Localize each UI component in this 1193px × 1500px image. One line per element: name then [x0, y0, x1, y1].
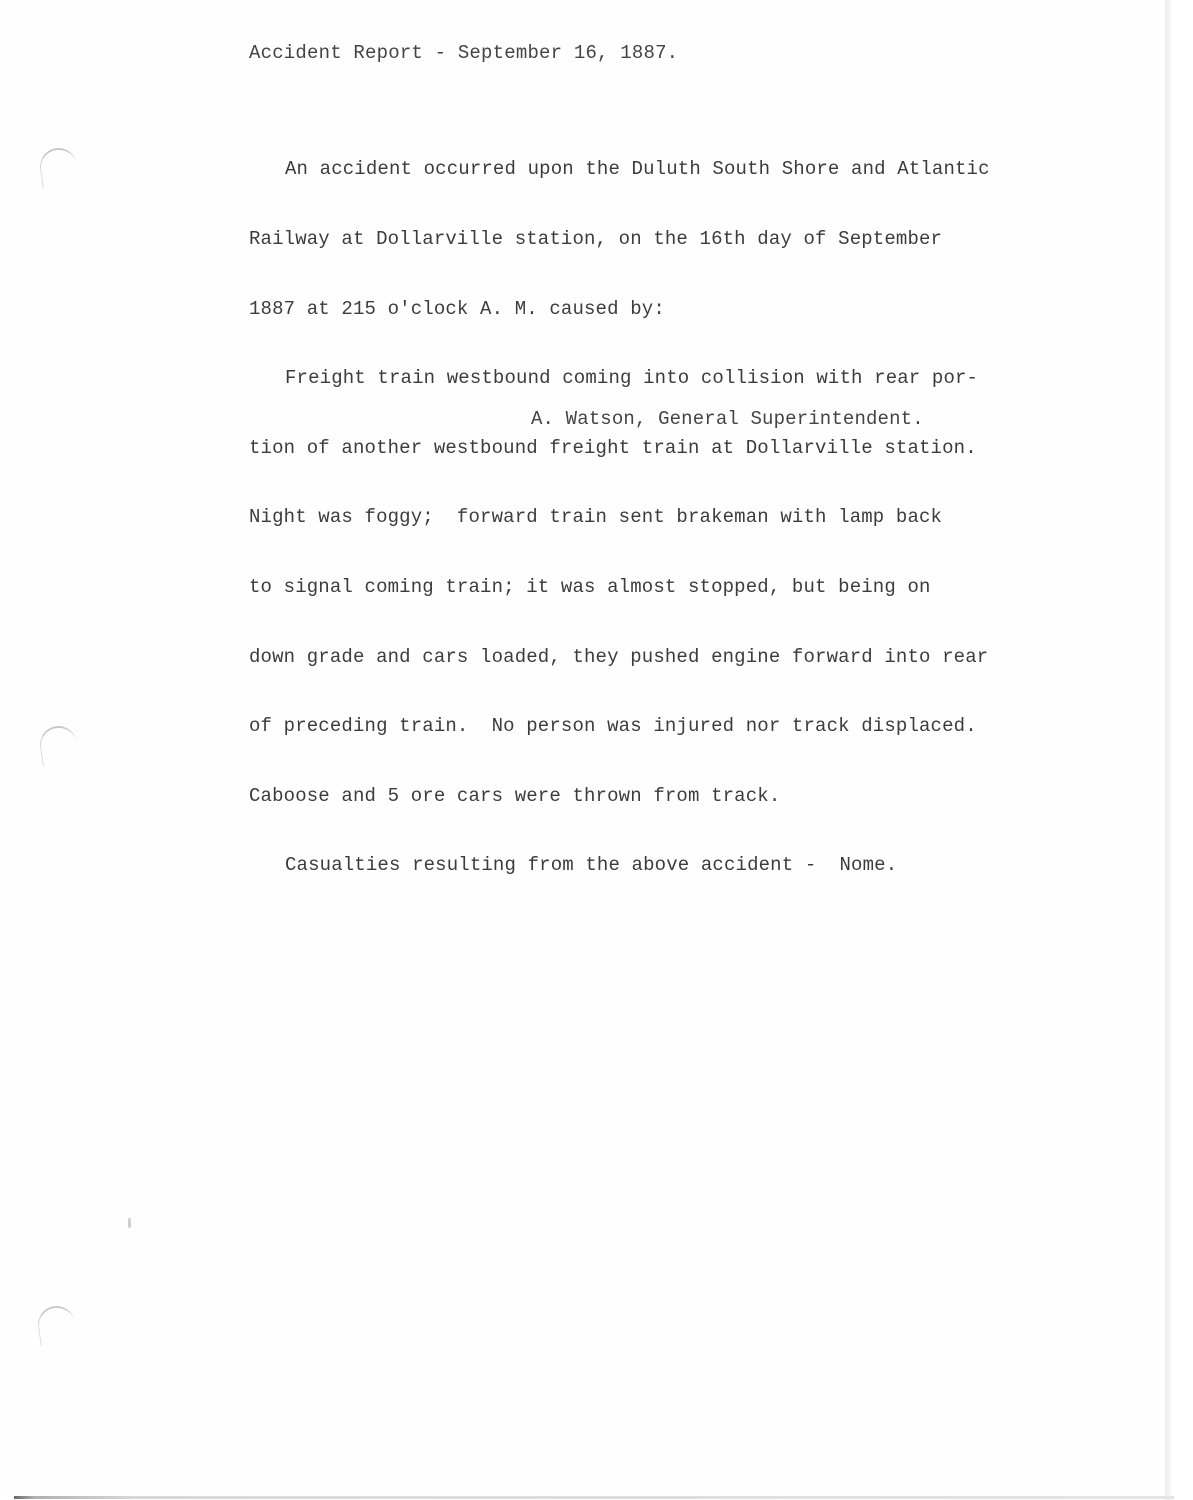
report-title: Accident Report - September 16, 1887.: [249, 42, 678, 64]
report-body: An accident occurred upon the Duluth Sou…: [249, 112, 990, 924]
paragraph-2-line-5: down grade and cars loaded, they pushed …: [249, 646, 990, 669]
punch-hole-mark: [38, 724, 80, 767]
paragraph-1-line-3: 1887 at 215 o'clock A. M. caused by:: [249, 298, 990, 321]
scan-speck: [128, 1218, 131, 1228]
signature: A. Watson, General Superintendent.: [531, 408, 924, 430]
scanned-page: Accident Report - September 16, 1887. An…: [0, 0, 1160, 1497]
punch-hole-mark: [36, 1304, 78, 1347]
page-edge-bottom: [14, 1496, 1174, 1499]
paragraph-1-line-2: Railway at Dollarville station, on the 1…: [249, 228, 990, 251]
punch-hole-mark: [38, 146, 80, 189]
paragraph-2-line-3: Night was foggy; forward train sent brak…: [249, 506, 990, 529]
paragraph-2-line-4: to signal coming train; it was almost st…: [249, 576, 990, 599]
paragraph-2-line-7: Caboose and 5 ore cars were thrown from …: [249, 785, 990, 808]
paragraph-2-line-2: tion of another westbound freight train …: [249, 437, 990, 460]
casualties-line: Casualties resulting from the above acci…: [249, 854, 990, 877]
paragraph-1-line-1: An accident occurred upon the Duluth Sou…: [249, 158, 990, 181]
paragraph-2-line-6: of preceding train. No person was injure…: [249, 715, 990, 738]
paragraph-2-line-1: Freight train westbound coming into coll…: [249, 367, 990, 390]
page-edge-right: [1165, 0, 1171, 1500]
